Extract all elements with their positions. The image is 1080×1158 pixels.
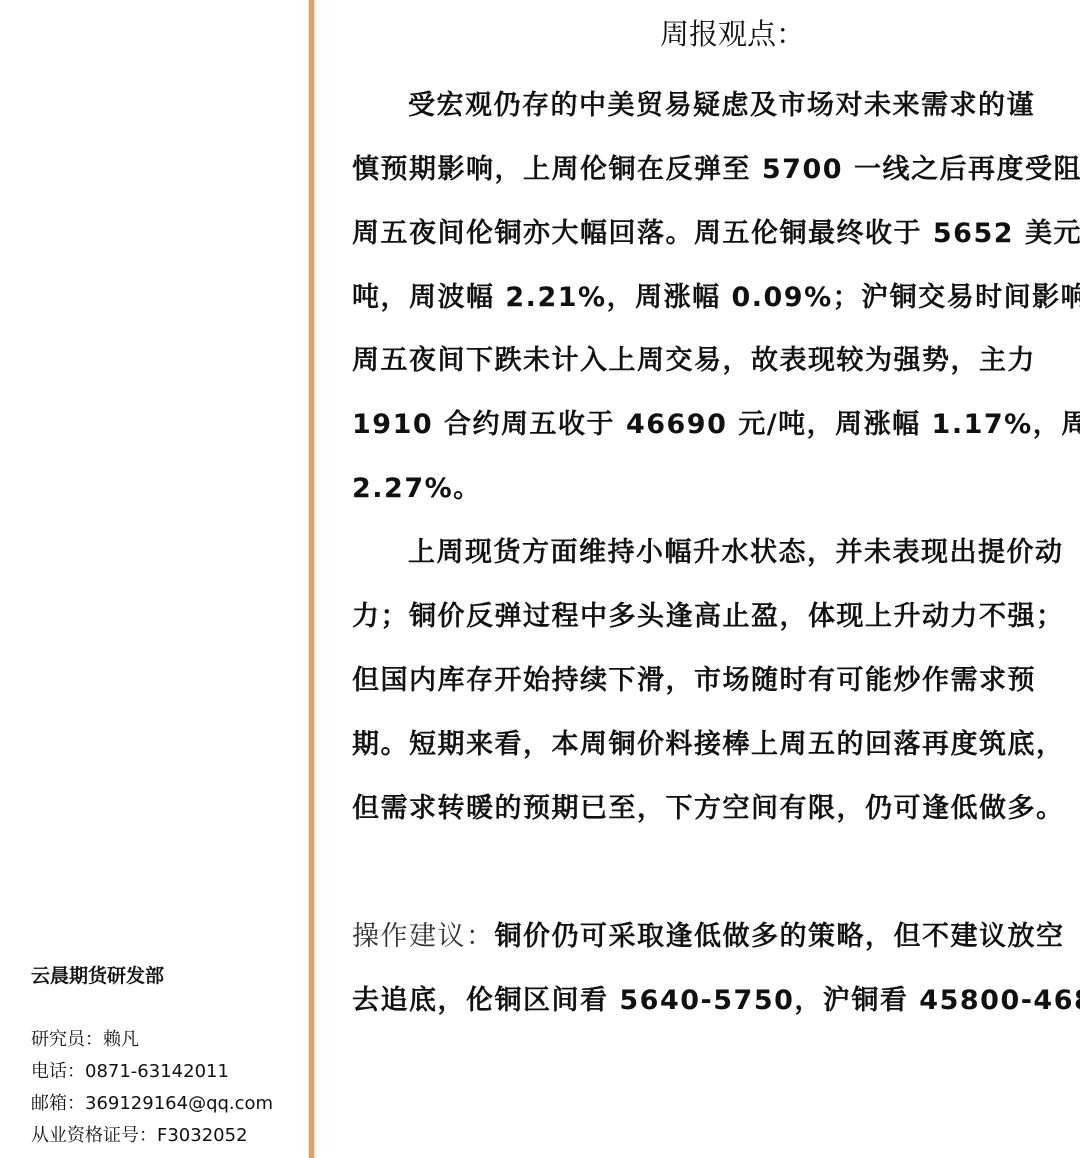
phone-number: 电话：0871-63142011 [31, 1059, 229, 1085]
paragraph-line: 期。短期来看，本周铜价料接棒上周五的回落再度筑底， [352, 727, 1065, 763]
advice-line: 操作建议：铜价仍可采取逢低做多的策略，但不建议放空 [352, 919, 1065, 955]
paragraph-line: 2.27%。 [352, 471, 482, 507]
department-name: 云晨期货研发部 [31, 962, 164, 990]
researcher-name: 研究员：赖凡 [31, 1027, 139, 1053]
paragraph-line: 慎预期影响，上周伦铜在反弹至 5700 一线之后再度受阻， [352, 152, 1080, 188]
advice-text: 铜价仍可采取逢低做多的策略，但不建议放空 [495, 921, 1065, 952]
paragraph-line: 上周现货方面维持小幅升水状态，并未表现出提价动 [408, 535, 1064, 571]
report-title: 周报观点： [0, 14, 1080, 54]
license-number: 从业资格证号：F3032052 [31, 1123, 248, 1149]
vertical-divider [309, 0, 314, 1158]
email-address: 邮箱：369129164@qq.com [31, 1091, 273, 1117]
advice-line: 去追底，伦铜区间看 5640-5750，沪铜看 45800-46800。 [352, 983, 1080, 1019]
paragraph-line: 受宏观仍存的中美贸易疑虑及市场对未来需求的谨 [408, 88, 1035, 124]
paragraph-line: 周五夜间下跌未计入上周交易，故表现较为强势，主力 [352, 343, 1036, 379]
paragraph-line: 1910 合约周五收于 46690 元/吨，周涨幅 1.17%，周波幅 [352, 407, 1080, 443]
advice-label: 操作建议： [352, 921, 495, 952]
paragraph-line: 力；铜价反弹过程中多头逢高止盈，体现上升动力不强； [352, 599, 1065, 635]
paragraph-line: 周五夜间伦铜亦大幅回落。周五伦铜最终收于 5652 美元/ [352, 216, 1080, 252]
paragraph-line: 但需求转暖的预期已至，下方空间有限，仍可逢低做多。 [352, 791, 1065, 827]
paragraph-line: 吨，周波幅 2.21%，周涨幅 0.09%；沪铜交易时间影响，， [352, 280, 1080, 316]
paragraph-line: 但国内库存开始持续下滑，市场随时有可能炒作需求预 [352, 663, 1036, 699]
